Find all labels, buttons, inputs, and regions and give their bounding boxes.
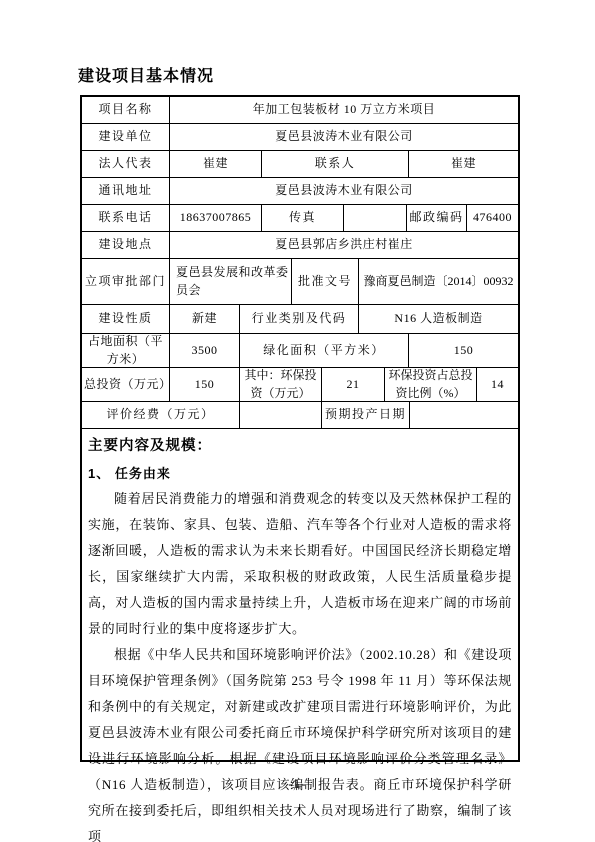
phone-label: 联系电话 <box>82 205 170 231</box>
contact-person-value: 崔建 <box>409 151 518 177</box>
contact-person-label: 联系人 <box>262 151 409 177</box>
approval-dept-value: 夏邑县发展和改革委员会 <box>170 259 292 304</box>
table-row: 总投资（万元） 150 其中：环保投资（万元） 21 环保投资占总投资比例（%）… <box>82 368 518 402</box>
phone-value: 18637007865 <box>170 205 262 231</box>
mailing-address-value: 夏邑县波涛木业有限公司 <box>170 178 518 204</box>
paragraph-2: 根据《中华人民共和国环境影响评价法》（2002.10.28）和《建设项目环境保护… <box>88 642 512 842</box>
project-info-table: 项目名称 年加工包装板材 10 万立方米项目 建设单位 夏邑县波涛木业有限公司 … <box>80 95 520 762</box>
construction-unit-value: 夏邑县波涛木业有限公司 <box>170 124 518 150</box>
table-row: 法人代表 崔建 联系人 崔建 <box>82 151 518 178</box>
approval-dept-label: 立项审批部门 <box>82 259 170 304</box>
project-name-label: 项目名称 <box>82 97 170 123</box>
total-investment-label: 总投资（万元） <box>82 368 170 401</box>
land-area-value: 3500 <box>170 334 240 367</box>
construction-unit-label: 建设单位 <box>82 124 170 150</box>
green-area-value: 150 <box>409 334 518 367</box>
mailing-address-label: 通讯地址 <box>82 178 170 204</box>
postal-code-label: 邮政编码 <box>407 205 467 231</box>
env-investment-value: 21 <box>322 368 385 401</box>
construction-site-value: 夏邑县郭店乡洪庄村崔庄 <box>170 232 518 258</box>
construction-site-label: 建设地点 <box>82 232 170 258</box>
table-row: 联系电话 18637007865 传真 邮政编码 476400 <box>82 205 518 232</box>
table-row: 建设地点 夏邑县郭店乡洪庄村崔庄 <box>82 232 518 259</box>
table-row: 通讯地址 夏邑县波涛木业有限公司 <box>82 178 518 205</box>
green-area-label: 绿化面积（平方米） <box>240 334 409 367</box>
page-number: -1- <box>0 776 595 792</box>
table-row: 立项审批部门 夏邑县发展和改革委员会 批准文号 豫商夏邑制造〔2014〕0093… <box>82 259 518 305</box>
eval-cost-label: 评价经费（万元） <box>82 402 240 428</box>
fax-value <box>344 205 407 231</box>
paragraph-1: 随着居民消费能力的增强和消费观念的转变以及天然林保护工程的实施，在装饰、家具、包… <box>88 486 512 642</box>
eval-cost-value <box>240 402 322 428</box>
table-row: 评价经费（万元） 预期投产日期 <box>82 402 518 429</box>
land-area-label: 占地面积（平方米） <box>82 334 170 367</box>
industry-category-label: 行业类别及代码 <box>240 305 359 333</box>
legal-rep-label: 法人代表 <box>82 151 170 177</box>
legal-rep-value: 崔建 <box>170 151 262 177</box>
approval-doc-value: 豫商夏邑制造〔2014〕00932 <box>359 259 518 304</box>
table-row: 建设单位 夏邑县波涛木业有限公司 <box>82 124 518 151</box>
content-heading: 主要内容及规模： <box>88 436 512 456</box>
production-date-label: 预期投产日期 <box>322 402 410 428</box>
task-origin-heading: 1、 任务由来 <box>88 465 512 483</box>
production-date-value <box>410 402 518 428</box>
env-investment-ratio-label: 环保投资占总投资比例（%） <box>385 368 477 401</box>
document-page: 建设项目基本情况 项目名称 年加工包装板材 10 万立方米项目 建设单位 夏邑县… <box>0 0 595 842</box>
page-title: 建设项目基本情况 <box>78 63 214 86</box>
project-name-value: 年加工包装板材 10 万立方米项目 <box>170 97 518 123</box>
table-row: 建设性质 新建 行业类别及代码 N16 人造板制造 <box>82 305 518 334</box>
table-row: 项目名称 年加工包装板材 10 万立方米项目 <box>82 97 518 124</box>
fax-label: 传真 <box>262 205 344 231</box>
postal-code-value: 476400 <box>467 205 518 231</box>
env-investment-ratio-value: 14 <box>477 368 518 401</box>
table-row: 占地面积（平方米） 3500 绿化面积（平方米） 150 <box>82 334 518 368</box>
approval-doc-label: 批准文号 <box>292 259 359 304</box>
total-investment-value: 150 <box>170 368 240 401</box>
industry-category-value: N16 人造板制造 <box>359 305 518 333</box>
construction-nature-value: 新建 <box>170 305 240 333</box>
env-investment-label: 其中：环保投资（万元） <box>240 368 322 401</box>
construction-nature-label: 建设性质 <box>82 305 170 333</box>
